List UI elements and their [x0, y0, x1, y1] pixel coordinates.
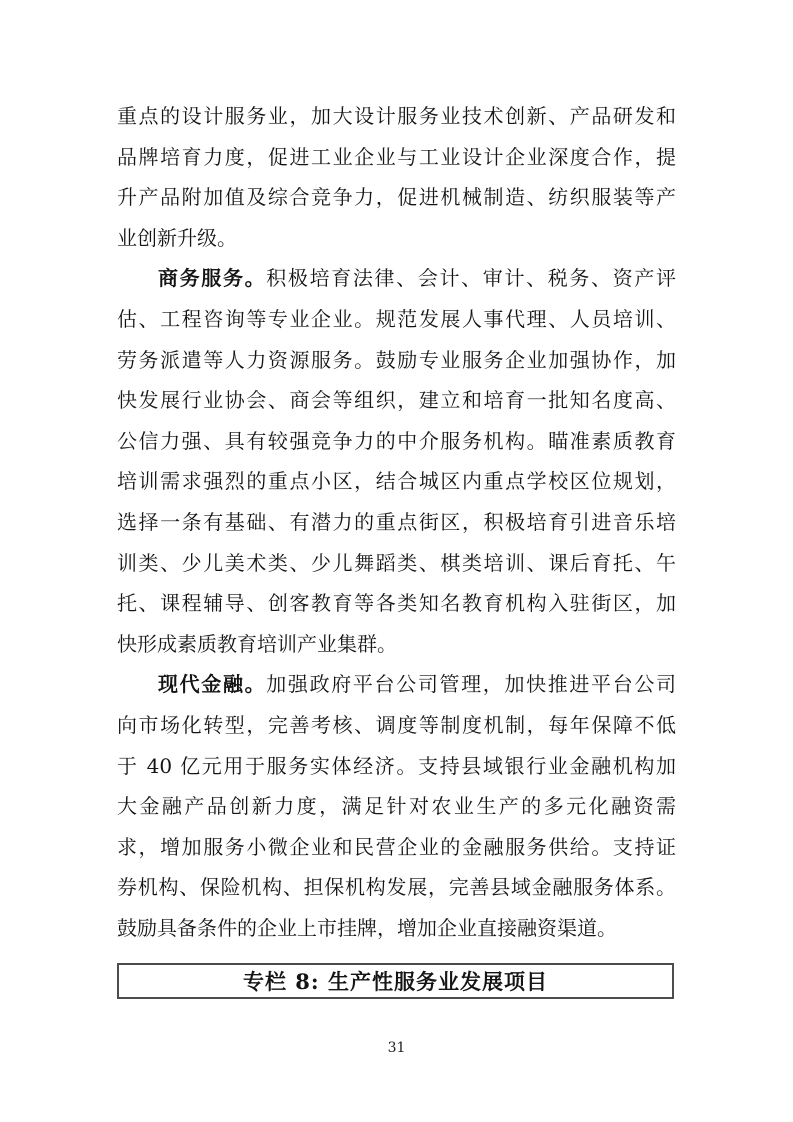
feature-box-title: 专栏 8: 生产性服务业发展项目: [243, 966, 548, 996]
paragraph-text: 加强政府平台公司管理，加快推进平台公司: [266, 672, 676, 696]
feature-box: 专栏 8: 生产性服务业发展项目: [117, 963, 674, 999]
paragraph-text: 选择一条有基础、有潜力的重点街区，积极培育引进音乐培: [117, 510, 676, 534]
paragraph-text: 向市场化转型，完善考核、调度等制度机制，每年保障不低: [117, 713, 676, 737]
text-line: 训类、少儿美术类、少儿舞蹈类、棋类培训、课后育托、午: [117, 543, 676, 584]
text-line: 选择一条有基础、有潜力的重点街区，积极培育引进音乐培: [117, 502, 676, 543]
paragraph-text: 快发展行业协会、商会等组织，建立和培育一批知名度高、: [117, 388, 676, 412]
text-line: 升产品附加值及综合竞争力，促进机械制造、纺织服装等产: [117, 177, 676, 218]
text-line: 业创新升级。: [117, 218, 676, 259]
paragraph-text: 大金融产品创新力度，满足针对农业生产的多元化融资需: [117, 794, 676, 818]
text-line: 鼓励具备条件的企业上市挂牌，增加企业直接融资渠道。: [117, 908, 676, 949]
text-line: 品牌培育力度，促进工业企业与工业设计企业深度合作，提: [117, 137, 676, 178]
paragraph-text: 积极培育法律、会计、审计、税务、资产评: [266, 266, 676, 290]
paragraph-lead-bold: 商务服务。: [158, 266, 266, 290]
paragraph-text: 托、课程辅导、创客教育等各类知名教育机构入驻街区，加: [117, 591, 676, 615]
document-page: 重点的设计服务业，加大设计服务业技术创新、产品研发和品牌培育力度，促进工业企业与…: [0, 0, 793, 1122]
text-line: 商务服务。积极培育法律、会计、审计、税务、资产评: [117, 258, 676, 299]
paragraph-text: 求，增加服务小微企业和民营企业的金融服务供给。支持证: [117, 835, 676, 859]
text-line: 快形成素质教育培训产业集群。: [117, 624, 676, 665]
paragraph-text: 培训需求强烈的重点小区，结合城区内重点学校区位规划，: [117, 469, 676, 493]
text-line: 托、课程辅导、创客教育等各类知名教育机构入驻街区，加: [117, 583, 676, 624]
text-line: 现代金融。加强政府平台公司管理，加快推进平台公司: [117, 664, 676, 705]
text-line: 重点的设计服务业，加大设计服务业技术创新、产品研发和: [117, 96, 676, 137]
paragraph-text: 升产品附加值及综合竞争力，促进机械制造、纺织服装等产: [117, 185, 676, 209]
text-line: 公信力强、具有较强竞争力的中介服务机构。瞄准素质教育: [117, 421, 676, 462]
paragraph-text: 品牌培育力度，促进工业企业与工业设计企业深度合作，提: [117, 145, 676, 169]
text-line: 于 40 亿元用于服务实体经济。支持县域银行业金融机构加: [117, 746, 676, 787]
text-line: 券机构、保险机构、担保机构发展，完善县域金融服务体系。: [117, 867, 676, 908]
paragraph-text: 券机构、保险机构、担保机构发展，完善县域金融服务体系。: [117, 875, 676, 899]
text-block: 重点的设计服务业，加大设计服务业技术创新、产品研发和品牌培育力度，促进工业企业与…: [117, 96, 676, 948]
text-line: 求，增加服务小微企业和民营企业的金融服务供给。支持证: [117, 827, 676, 868]
text-line: 培训需求强烈的重点小区，结合城区内重点学校区位规划，: [117, 461, 676, 502]
text-line: 快发展行业协会、商会等组织，建立和培育一批知名度高、: [117, 380, 676, 421]
paragraph-text: 公信力强、具有较强竞争力的中介服务机构。瞄准素质教育: [117, 429, 676, 453]
text-line: 向市场化转型，完善考核、调度等制度机制，每年保障不低: [117, 705, 676, 746]
paragraph-text: 快形成素质教育培训产业集群。: [117, 632, 397, 656]
paragraph-text: 重点的设计服务业，加大设计服务业技术创新、产品研发和: [117, 104, 676, 128]
text-line: 估、工程咨询等专业企业。规范发展人事代理、人员培训、: [117, 299, 676, 340]
paragraph-text: 训类、少儿美术类、少儿舞蹈类、棋类培训、课后育托、午: [117, 551, 676, 575]
text-line: 劳务派遣等人力资源服务。鼓励专业服务企业加强协作，加: [117, 340, 676, 381]
paragraph-lead-bold: 现代金融。: [158, 672, 266, 696]
paragraph-text: 业创新升级。: [117, 226, 237, 250]
page-number: 31: [0, 1040, 793, 1056]
paragraph-text: 估、工程咨询等专业企业。规范发展人事代理、人员培训、: [117, 307, 676, 331]
text-line: 大金融产品创新力度，满足针对农业生产的多元化融资需: [117, 786, 676, 827]
paragraph-text: 于 40 亿元用于服务实体经济。支持县域银行业金融机构加: [117, 754, 676, 778]
paragraph-text: 鼓励具备条件的企业上市挂牌，增加企业直接融资渠道。: [117, 916, 617, 940]
paragraph-text: 劳务派遣等人力资源服务。鼓励专业服务企业加强协作，加: [117, 348, 676, 372]
